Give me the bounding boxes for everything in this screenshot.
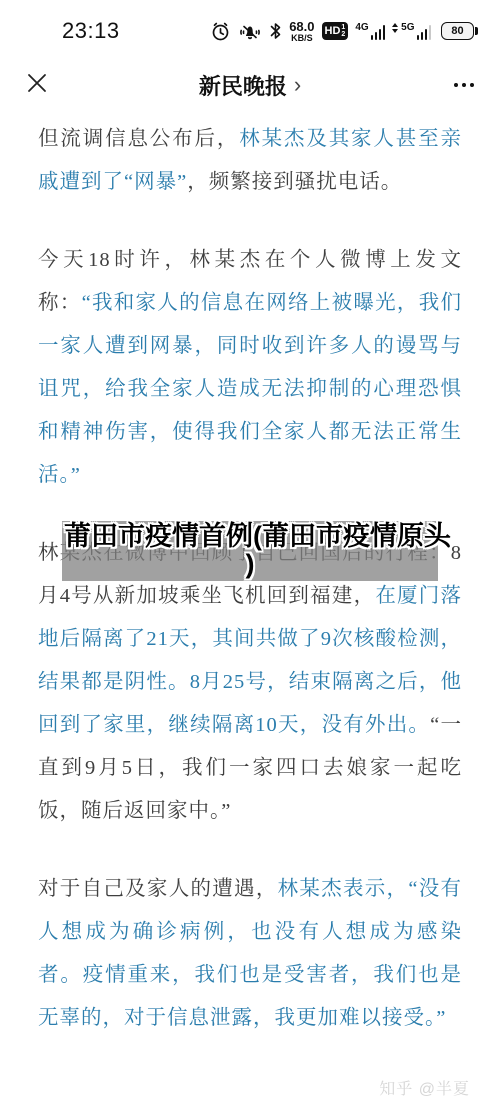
- status-bar: 23:13: [0, 0, 500, 58]
- text-segment: ，频繁接到骚扰电话。: [187, 171, 402, 193]
- overlay-title-line2: ): [64, 550, 436, 578]
- sim2-network-label: 5G: [401, 23, 414, 33]
- battery-nub: [475, 27, 478, 35]
- status-time: 23:13: [62, 18, 120, 44]
- watermark-title-overlay: 莆田市疫情首例(莆田市疫情原头 ): [62, 521, 438, 581]
- alarm-icon: [210, 21, 231, 42]
- hd-label: HD: [325, 25, 341, 37]
- data-transfer-arrows-icon: [392, 23, 398, 33]
- article-source-title[interactable]: 新民晚报 ›: [199, 70, 301, 101]
- hd-volte-icon: HD 1 2: [322, 22, 349, 40]
- highlighted-text-segment: 林某杰表示，“没有人想成为确诊病例，也没有人想成为感染者。疫情重来，我们也是受害…: [38, 878, 462, 1029]
- network-speed-unit: KB/S: [291, 34, 313, 43]
- highlighted-text-segment: 在厦门落地后隔离了21天，其间共做了9次核酸检测，结果都是阴性。8月25号，结束…: [38, 585, 462, 736]
- close-icon[interactable]: [26, 72, 48, 99]
- network-speed-value: 68.0: [289, 20, 314, 33]
- screen: 23:13: [0, 0, 500, 1111]
- mute-vibrate-icon: [238, 21, 262, 42]
- zhihu-watermark: 知乎 @半夏: [379, 1076, 470, 1099]
- paragraph-4: 对于自己及家人的遭遇，林某杰表示，“没有人想成为确诊病例，也没有人想成为感染者。…: [38, 868, 462, 1040]
- more-options-icon[interactable]: [454, 77, 475, 94]
- sim1-network-label: 4G: [355, 23, 368, 33]
- chevron-right-icon: ›: [294, 72, 301, 98]
- network-speed: 68.0 KB/S: [289, 20, 314, 43]
- sim2-signal-bars: [417, 25, 432, 40]
- hd-sim-numbers: 1 2: [341, 24, 345, 38]
- battery-percent: 80: [451, 25, 463, 37]
- paragraph-1: 但流调信息公布后，林某杰及其家人甚至亲戚遭到了“网暴”，频繁接到骚扰电话。: [38, 118, 462, 204]
- paragraph-2: 今天18时许，林某杰在个人微博上发文称：“我和家人的信息在网络上被曝光，我们一家…: [38, 239, 462, 497]
- status-icons: 68.0 KB/S HD 1 2 4G 5G: [210, 20, 478, 43]
- page-title: 新民晚报: [199, 70, 287, 101]
- signal-sim1-icon: 4G: [355, 23, 385, 40]
- header: 新民晚报 ›: [0, 58, 500, 112]
- battery-icon: 80: [441, 22, 478, 40]
- text-segment: 但流调信息公布后，: [38, 128, 239, 150]
- hd-sim1: 1: [341, 24, 345, 31]
- sim1-signal-bars: [371, 25, 386, 40]
- text-segment: 对于自己及家人的遭遇，: [38, 878, 278, 900]
- highlighted-text-segment: “我和家人的信息在网络上被曝光，我们一家人遭到网暴，同时收到许多人的谩骂与诅咒，…: [38, 292, 462, 486]
- overlay-title-line1: 莆田市疫情首例(莆田市疫情原头: [64, 522, 436, 550]
- signal-sim2-icon: 5G: [392, 23, 431, 40]
- bluetooth-icon: [269, 21, 282, 41]
- hd-sim2: 2: [341, 31, 345, 38]
